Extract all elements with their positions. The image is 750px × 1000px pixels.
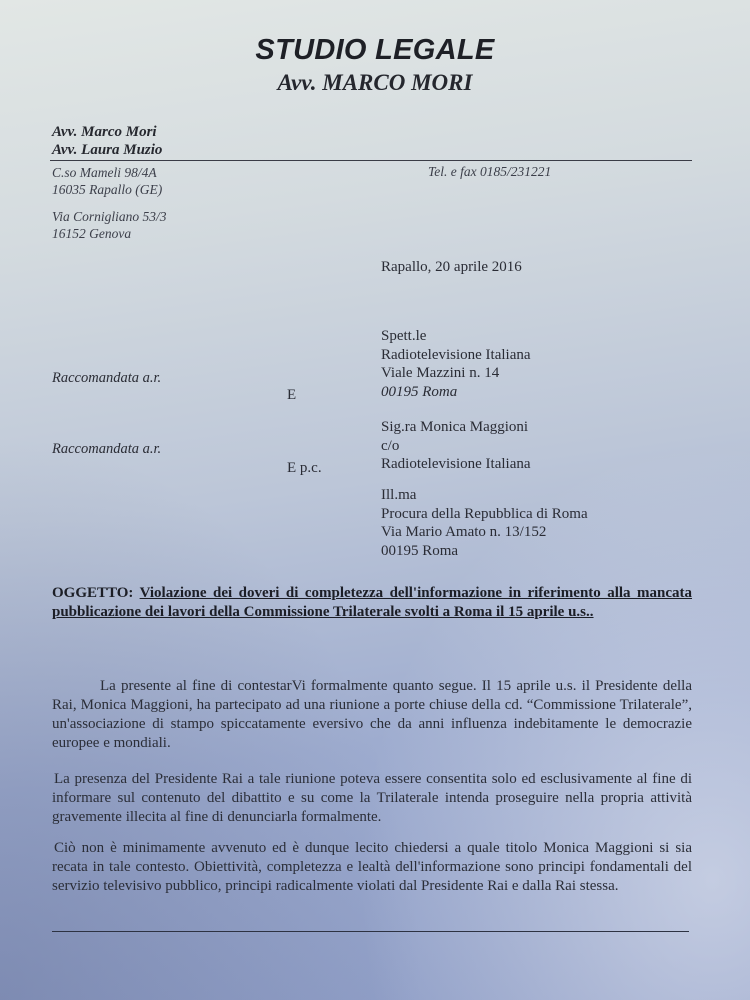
letterhead-title: STUDIO LEGALE [0,34,750,67]
delivery-method-2: Raccomandata a.r. [52,441,161,458]
recipient-maggioni: Sig.ra Monica Maggioni c/o Radiotelevisi… [381,418,531,474]
body-paragraph: Ciò non è minimamente avvenuto ed è dunq… [52,839,692,896]
recipient-line: c/o [381,437,531,456]
recipient-line: 00195 Roma [381,542,588,561]
subject-line: OGGETTO: Violazione dei doveri di comple… [52,584,692,621]
recipient-line: Via Mario Amato n. 13/152 [381,523,588,542]
delivery-method-1: Raccomandata a.r. [52,370,161,387]
office-street: C.so Mameli 98/4A [52,164,162,181]
body-paragraph: La presente al fine di contestarVi forma… [52,677,692,753]
office-address-genova: Via Cornigliano 53/3 16152 Genova [52,208,167,242]
recipient-procura: Ill.ma Procura della Repubblica di Roma … [381,486,588,560]
letterhead-divider [50,160,692,161]
date-line: Rapallo, 20 aprile 2016 [381,259,522,276]
lawyer-name: Avv. Marco Mori [52,123,162,141]
office-city: 16152 Genova [52,225,167,242]
office-address-rapallo: C.so Mameli 98/4A 16035 Rapallo (GE) [52,164,162,198]
lawyers-list: Avv. Marco Mori Avv. Laura Muzio [52,123,162,159]
letterhead-subtitle: Avv. MARCO MORI [0,70,750,96]
body-paragraph: La presenza del Presidente Rai a tale ri… [52,770,692,827]
recipient-line: Viale Mazzini n. 14 [381,364,531,383]
recipient-rai: Spett.le Radiotelevisione Italiana Viale… [381,327,531,401]
recipient-line: Sig.ra Monica Maggioni [381,418,531,437]
recipient-line: Radiotelevisione Italiana [381,455,531,474]
recipient-line: 00195 Roma [381,383,531,402]
subject-text: Violazione dei doveri di completezza del… [52,585,692,620]
office-city: 16035 Rapallo (GE) [52,181,162,198]
lawyer-name: Avv. Laura Muzio [52,141,162,159]
conjunction-cc: E p.c. [287,460,322,477]
page-divider [52,931,689,932]
recipient-line: Ill.ma [381,486,588,505]
recipient-line: Radiotelevisione Italiana [381,346,531,365]
phone-fax: Tel. e fax 0185/231221 [428,164,551,180]
conjunction-and: E [287,387,296,404]
office-street: Via Cornigliano 53/3 [52,208,167,225]
subject-label: OGGETTO: [52,585,133,601]
recipient-line: Spett.le [381,327,531,346]
recipient-line: Procura della Repubblica di Roma [381,505,588,524]
